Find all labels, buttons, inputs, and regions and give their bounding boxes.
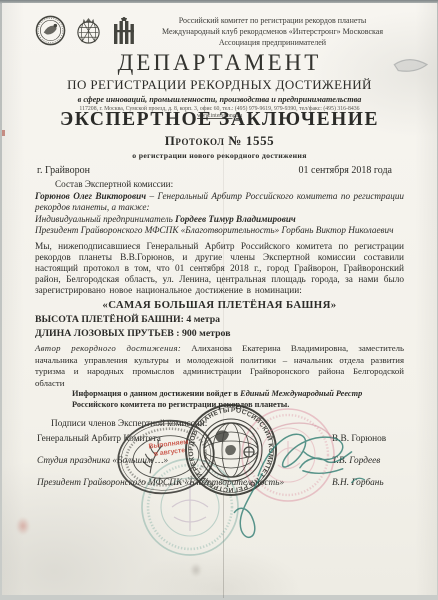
date-label: 01 сентября 2018 года (299, 165, 392, 176)
scanned-document: Российский комитет по регистрации рекорд… (0, 0, 438, 600)
commission-block: Состав Экспертной комиссии: Горюнов Олег… (35, 179, 404, 237)
registry-emphasis: Единый Международный Реестр (240, 389, 362, 398)
signer-role: Президент Грайворонского МФСПК «Благотво… (37, 478, 317, 488)
member1-name: Горюнов Олег Викторович (35, 191, 146, 201)
protocol-subtitle: о регистрации нового рекордного достижен… (35, 151, 404, 160)
signature-row: Студия праздника «Большим …» Т.В. Гордее… (35, 453, 404, 473)
length-label: ДЛИНА ЛОЗОВЫХ ПРУТЬЕВ : (35, 328, 180, 339)
letterhead: Российский комитет по регистрации рекорд… (35, 13, 404, 49)
vertical-fold-line (223, 143, 224, 493)
member2-name: Гордеев Тимур Владимирович (175, 214, 296, 224)
signer-name: В.В. Горюнов (332, 434, 386, 444)
signature-row: Генеральный Арбитр Комитета В.В. Горюнов (35, 431, 404, 451)
member3-role: Президент Грайворонского МФСПК «Благотво… (35, 225, 279, 235)
record-length-line: ДЛИНА ЛОЗОВЫХ ПРУТЬЕВ : 900 метров (35, 328, 404, 339)
signatures-heading: Подписи членов Экспертной комиссии: (35, 419, 404, 429)
height-value: 4 метра (186, 314, 220, 325)
department-tagline: в сфере инноваций, промышленности, произ… (35, 95, 404, 104)
vertical-fold-line-lower (223, 489, 224, 598)
department-title: ДЕПАРТАМЕНТ (35, 51, 404, 74)
interstrong-club-logo-icon (75, 15, 102, 46)
letterhead-logos (35, 15, 137, 46)
signer-name: Т.В. Гордеев (332, 456, 380, 466)
red-ink-smudge (16, 517, 30, 535)
gray-stain (190, 563, 202, 577)
height-label: ВЫСОТА ПЛЕТЁНОЙ БАШНИ: (35, 314, 184, 325)
signer-name: В.Н. Горбань (332, 478, 384, 488)
registry-part1: Информация о данном достижении войдет в (72, 389, 238, 398)
certificate-page: Российский комитет по регистрации рекорд… (2, 3, 437, 595)
org-line-2: Международный клуб рекордсменов «Интерст… (141, 26, 404, 37)
org-line-1: Российский комитет по регистрации рекорд… (141, 15, 404, 26)
record-committee-logo-icon (35, 15, 66, 46)
record-author-block: Автор рекордного достижения: Алиханова Е… (35, 343, 404, 389)
record-height-line: ВЫСОТА ПЛЕТЁНОЙ БАШНИ: 4 метра (35, 314, 404, 325)
commission-heading: Состав Экспертной комиссии: (35, 179, 404, 191)
signer-role: Студия праздника «Большим …» (37, 456, 317, 466)
edge-red-dot (2, 130, 5, 136)
entrepreneurs-association-logo-icon (111, 16, 137, 46)
city-label: г. Грайворон (37, 165, 90, 176)
registry-part2: Российского комитета по регистрации реко… (72, 400, 289, 409)
org-line-3: Ассоциация предпринимателей (141, 37, 404, 48)
author-label: Автор рекордного достижения: (35, 343, 181, 353)
signature-row: Президент Грайворонского МФСПК «Благотво… (35, 475, 404, 495)
protocol-body-text: Мы, нижеподписавшиеся Генеральный Арбитр… (35, 242, 404, 297)
commission-members: Горюнов Олег Викторович – Генеральный Ар… (35, 191, 404, 237)
protocol-number: Протокол № 1555 (35, 133, 404, 149)
member2-prefix: Индивидуальный предприниматель (35, 214, 173, 224)
document-title: ЭКСПЕРТНОЕ ЗАКЛЮЧЕНИЕ (35, 110, 404, 130)
record-title: «САМАЯ БОЛЬШАЯ ПЛЕТЁНАЯ БАШНЯ» (35, 299, 404, 311)
department-subtitle: ПО РЕГИСТРАЦИИ РЕКОРДНЫХ ДОСТИЖЕНИЙ (35, 77, 404, 93)
signatures-block: Подписи членов Экспертной комиссии: Гене… (35, 419, 404, 495)
meta-row: г. Грайворон 01 сентября 2018 года (35, 165, 404, 176)
organization-name: Российский комитет по регистрации рекорд… (137, 13, 404, 49)
member3-name: Горбань Виктор Николаевич (282, 225, 394, 235)
document-title-block: ЭКСПЕРТНОЕ ЗАКЛЮЧЕНИЕ Протокол № 1555 о … (35, 110, 404, 160)
